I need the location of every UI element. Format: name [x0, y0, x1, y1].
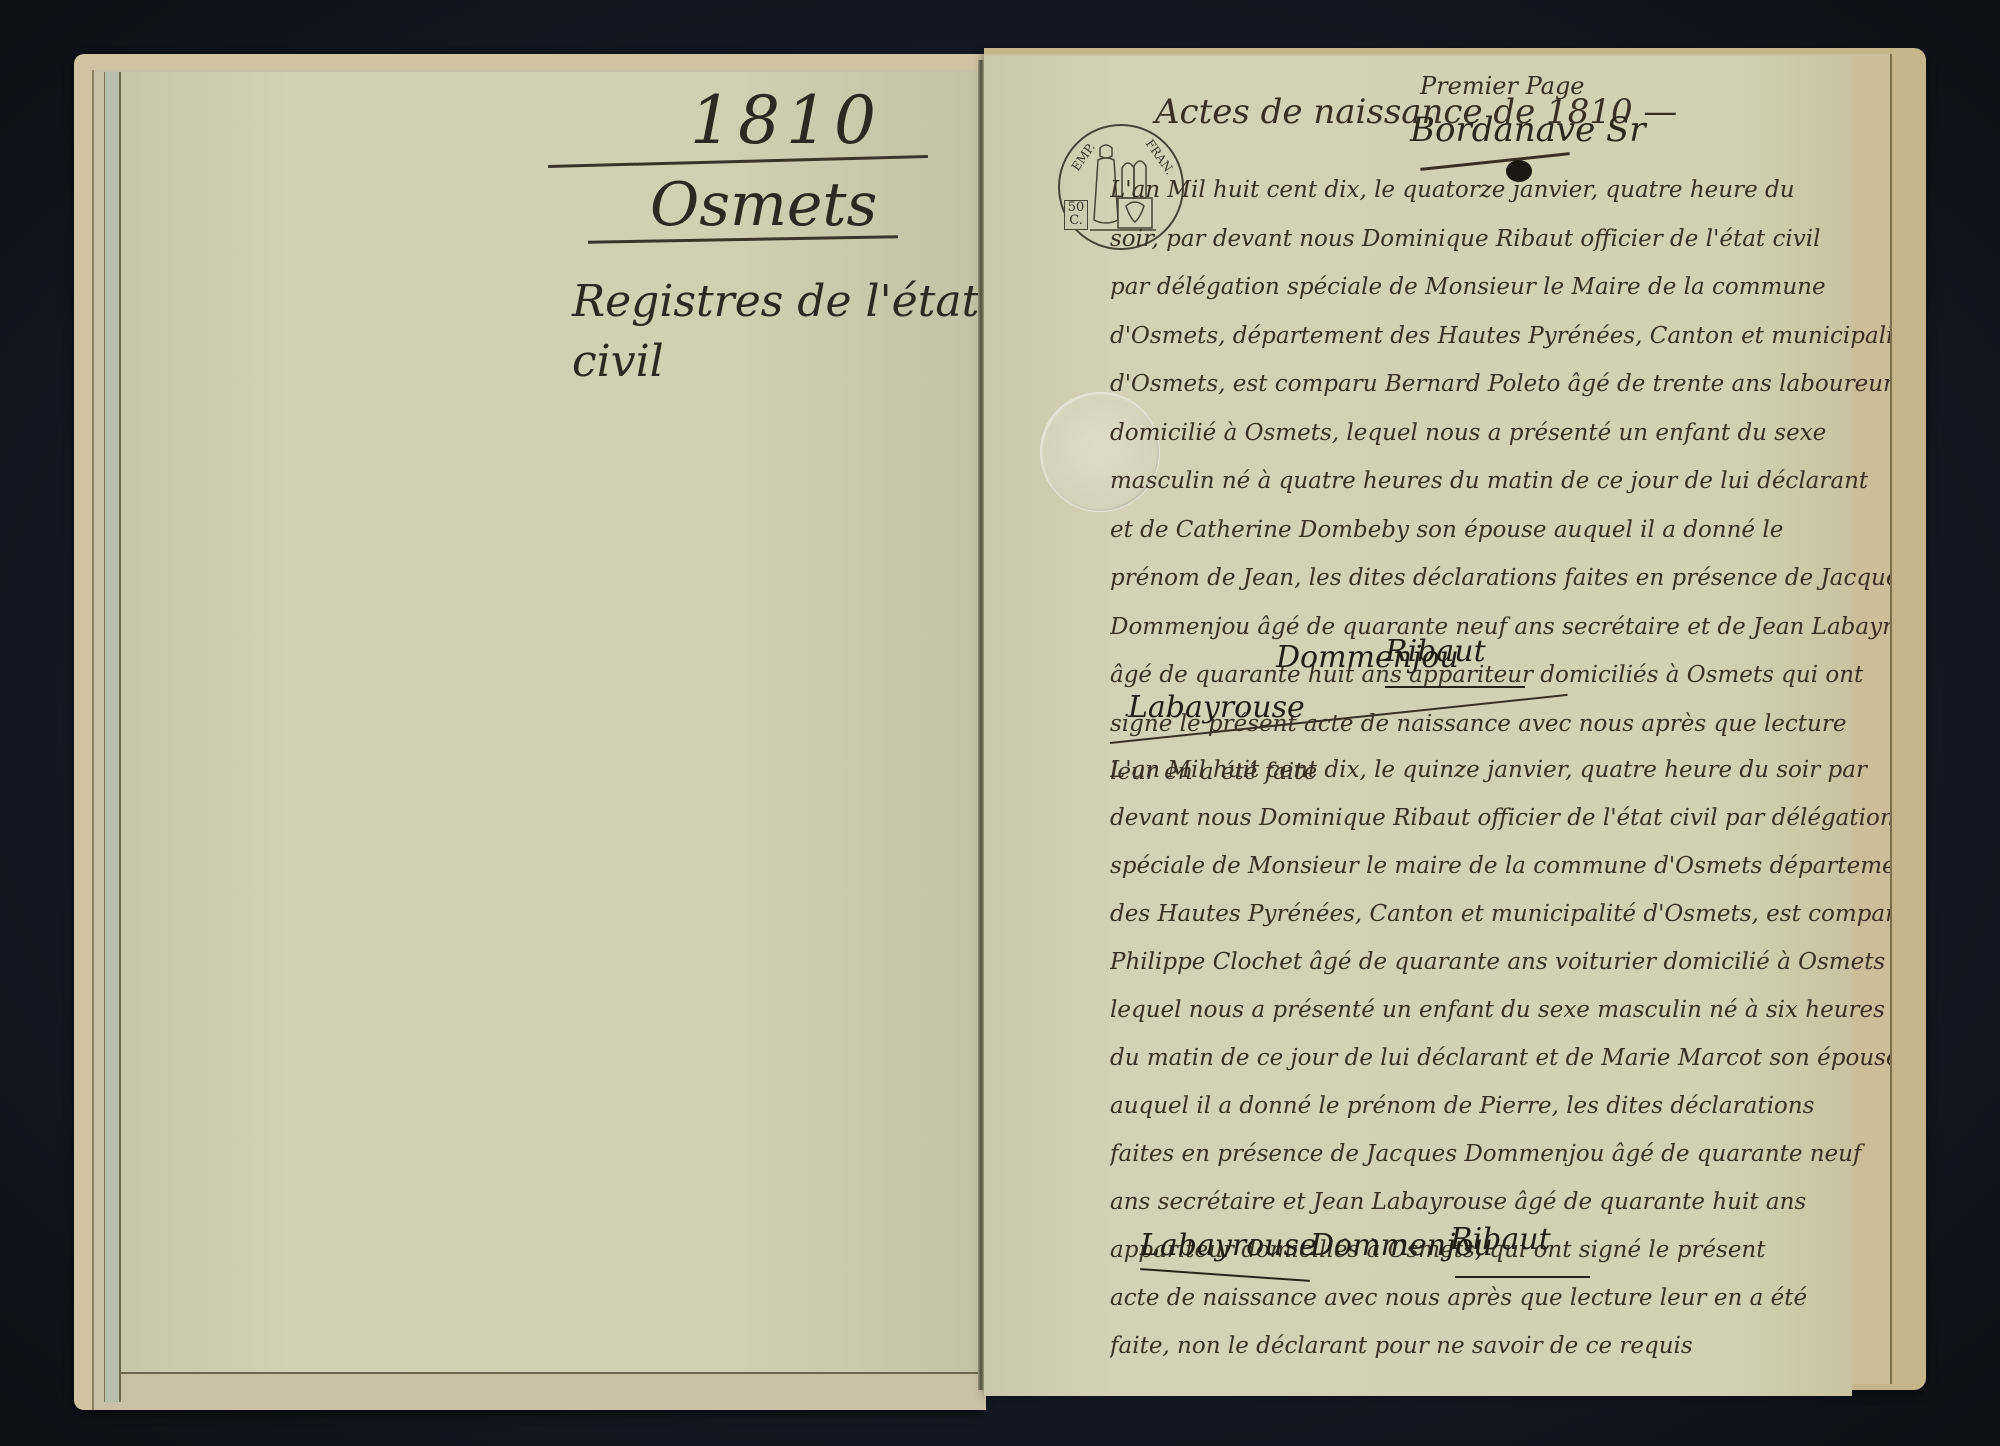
act-line: faites en présence de Jacques Dommenjou …	[1110, 1130, 1890, 1178]
act-line: L'an Mil huit cent dix, le quinze janvie…	[1110, 746, 1890, 794]
act-line: L'an Mil huit cent dix, le quatorze janv…	[1110, 166, 1890, 215]
top-signature: Bordanave Sr	[1410, 110, 1646, 150]
stamp-value: 50 C.	[1064, 200, 1088, 230]
page-number-note: Premier Page	[1420, 72, 1585, 100]
register-title-line-2: civil	[572, 332, 979, 392]
act-line: spéciale de Monsieur le maire de la comm…	[1110, 842, 1890, 890]
act-line: par délégation spéciale de Monsieur le M…	[1110, 263, 1890, 312]
register-title: Registres de l'état civil	[572, 272, 979, 392]
act-line: domicilié à Osmets, lequel nous a présen…	[1110, 409, 1890, 458]
act-line: du matin de ce jour de lui déclarant et …	[1110, 1034, 1890, 1082]
act-line: d'Osmets, est comparu Bernard Poleto âgé…	[1110, 360, 1890, 409]
act-line: Philippe Clochet âgé de quarante ans voi…	[1110, 938, 1890, 986]
act-line: acte de naissance avec nous après que le…	[1110, 1274, 1890, 1322]
act-line: auquel il a donné le prénom de Pierre, l…	[1110, 1082, 1890, 1130]
act-line: et de Catherine Dombeby son épouse auque…	[1110, 506, 1890, 555]
commune-name: Osmets	[650, 170, 877, 240]
act-line: lequel nous a présenté un enfant du sexe…	[1110, 986, 1890, 1034]
signature-underline	[1455, 1276, 1590, 1278]
book-spine	[978, 60, 984, 1390]
act-line: soir, par devant nous Dominique Ribaut o…	[1110, 215, 1890, 264]
act-line: des Hautes Pyrénées, Canton et municipal…	[1110, 890, 1890, 938]
act-line: faite, non le déclarant pour ne savoir d…	[1110, 1322, 1890, 1370]
act-line: devant nous Dominique Ribaut officier de…	[1110, 794, 1890, 842]
signature-labayrouse-2: Labayrouse	[1140, 1228, 1317, 1263]
register-year: 1810	[690, 82, 882, 159]
left-page	[118, 72, 982, 1374]
act-line: Dommenjou âgé de quarante neuf ans secré…	[1110, 603, 1890, 652]
register-title-line-1: Registres de l'état	[572, 272, 979, 332]
act-line: masculin né à quatre heures du matin de …	[1110, 457, 1890, 506]
act-line: ans secrétaire et Jean Labayrouse âgé de…	[1110, 1178, 1890, 1226]
signature-underline	[1385, 686, 1525, 688]
act-line: d'Osmets, département des Hautes Pyrénée…	[1110, 312, 1890, 361]
act-line: prénom de Jean, les dites déclarations f…	[1110, 554, 1890, 603]
signature-ribaut-1: Ribaut	[1385, 634, 1486, 669]
left-page-fold-strip	[104, 72, 121, 1402]
signature-labayrouse-1: Labayrouse	[1128, 690, 1305, 725]
signature-ribaut-2: Ribaut	[1450, 1222, 1551, 1257]
